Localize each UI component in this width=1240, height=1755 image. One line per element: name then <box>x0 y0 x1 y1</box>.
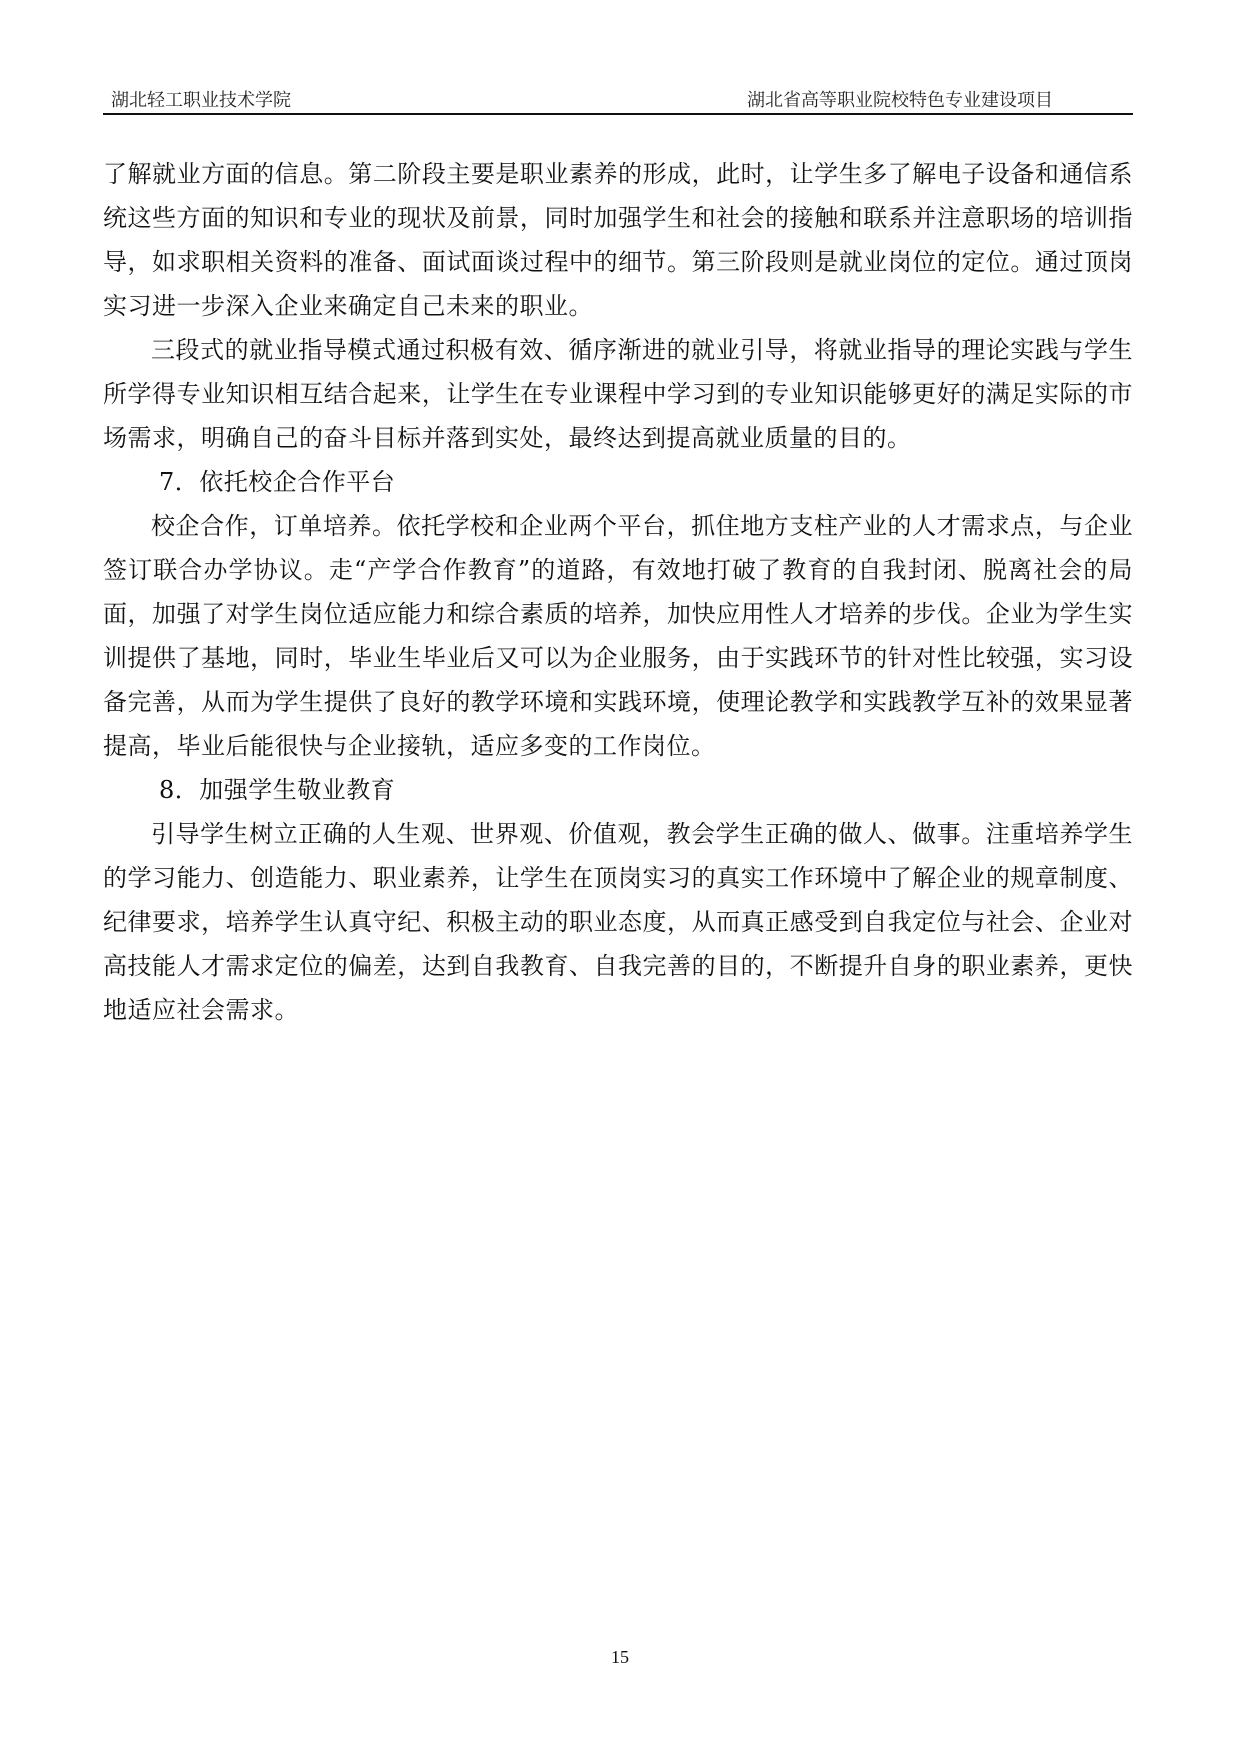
header-institution: 湖北轻工职业技术学院 <box>111 86 291 112</box>
header-project-title: 湖北省高等职业院校特色专业建设项目 <box>747 86 1053 112</box>
paragraph-three-stage-guidance: 三段式的就业指导模式通过积极有效、循序渐进的就业引导，将就业指导的理论实践与学生… <box>103 328 1133 460</box>
header-divider <box>103 113 1133 115</box>
paragraph-continued: 了解就业方面的信息。第二阶段主要是职业素养的形成，此时，让学生多了解电子设备和通… <box>103 152 1133 328</box>
document-body: 了解就业方面的信息。第二阶段主要是职业素养的形成，此时，让学生多了解电子设备和通… <box>103 152 1133 1032</box>
page-header: 湖北轻工职业技术学院 湖北省高等职业院校特色专业建设项目 <box>103 86 1133 114</box>
section-heading-8: 8．加强学生敬业教育 <box>103 768 1133 812</box>
page-number: 15 <box>0 1647 1240 1668</box>
section-heading-7: 7．依托校企合作平台 <box>103 460 1133 504</box>
paragraph-professional-education: 引导学生树立正确的人生观、世界观、价值观，教会学生正确的做人、做事。注重培养学生… <box>103 812 1133 1032</box>
paragraph-school-enterprise: 校企合作，订单培养。依托学校和企业两个平台，抓住地方支柱产业的人才需求点，与企业… <box>103 504 1133 768</box>
